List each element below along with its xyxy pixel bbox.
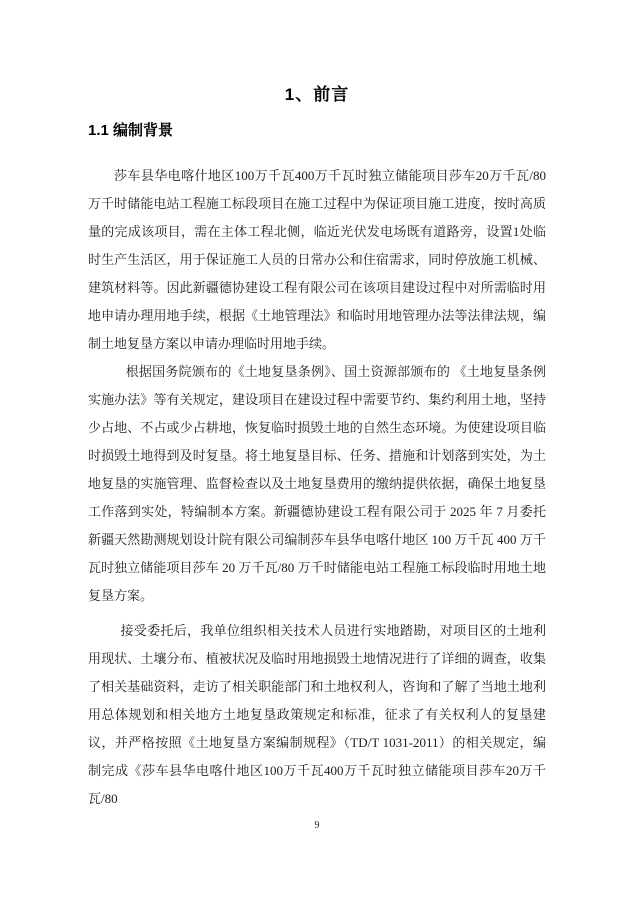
section-heading: 1.1 编制背景 (88, 121, 546, 141)
page-number: 9 (0, 820, 634, 831)
chapter-title: 1、前言 (88, 84, 546, 106)
paragraph-3: 接受委托后，我单位组织相关技术人员进行实地踏勘，对项目区的土地利用现状、土壤分布… (88, 617, 546, 813)
document-page: 1、前言 1.1 编制背景 莎车县华电喀什地区100万千瓦400万千瓦时独立储能… (0, 0, 634, 898)
paragraph-1: 莎车县华电喀什地区100万千瓦400万千瓦时独立储能项目莎车20万千瓦/80万千… (88, 162, 546, 358)
body-text: 莎车县华电喀什地区100万千瓦400万千瓦时独立储能项目莎车20万千瓦/80万千… (88, 162, 546, 813)
paragraph-2: 根据国务院颁布的《土地复垦条例》、国土资源部颁布的 《土地复垦条例实施办法》等有… (88, 358, 546, 610)
